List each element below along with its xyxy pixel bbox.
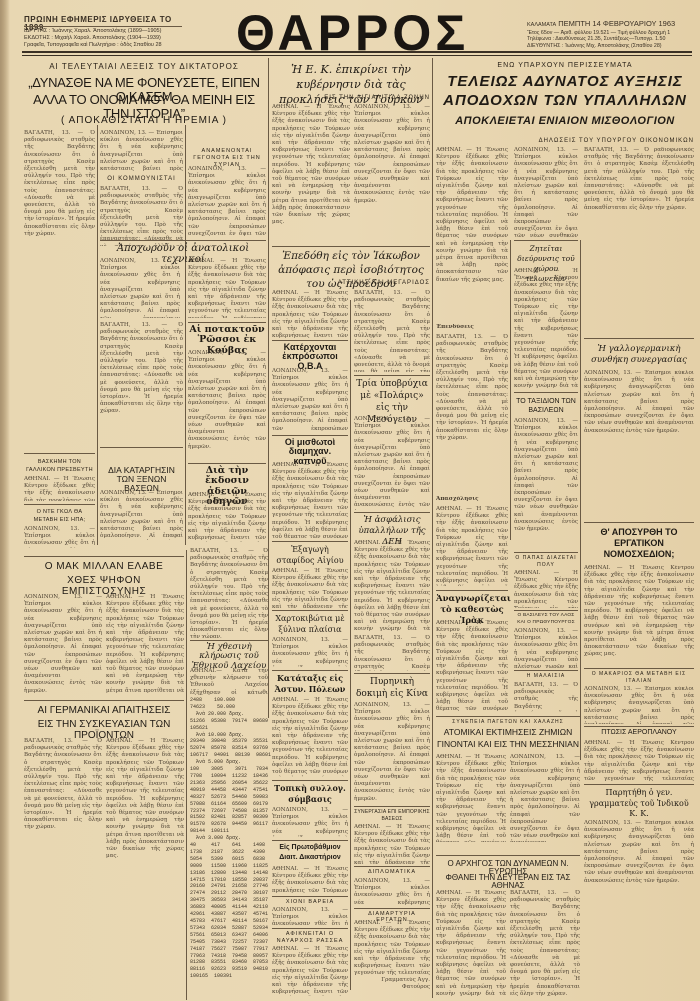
article-body-nato-2: ΒΑΓΔΑΤΗ, 13. — Ὁ ραδιοφωνικὸς σταθμὸς τῆ… — [510, 890, 580, 996]
column-divider — [350, 300, 351, 990]
divider — [354, 673, 430, 674]
headline-gaulle-usa: Ο ΝΤΕ ΓΚΩΛ ΘΑ ΜΕΤΑΒΗ ΕΙΣ ΗΠΑ; — [24, 508, 95, 524]
article-body-salaries: ΑΘΗΝΑΙ. — Ἡ Ἕνωσις Κέντρου ἐξέδωκε χθὲς … — [436, 147, 508, 322]
divider — [272, 435, 348, 436]
article-body-workers-protest: ΑΘΗΝΑΙ. — Ἡ Ἕνωσις Κέντρου ἐξέδωκε χθὲς … — [354, 920, 430, 975]
subhead-iakovos: ΑΤΤΙΚΗΣ ΚΑΙ ΜΕΓΑΡΙΔΟΣ — [272, 280, 430, 286]
divider — [190, 640, 268, 641]
article-body-salaries-3: ΒΑΓΔΑΤΗ, 13. — Ὁ ραδιοφωνικὸς σταθμὸς τῆ… — [584, 147, 694, 332]
headline-plane: ΠΤΩΣΙΣ ΑΕΡΟΠΛΑΝΟΥ — [584, 729, 694, 736]
newspaper-page: ΠΡΩΙΝΗ ΕΦΗΜΕΡΙΣ ΙΔΡΥΘΕΙΣΑ ΤΟ 1899 ΙΔΡΥΤΗ… — [0, 0, 700, 1001]
headline-labor-bill: Θ' ΑΠΟΣΥΡΘΗ ΤΟ ΕΡΓΑΤΙΚΟΝ ΝΟΜΟΣΧΕΔΙΟΝ; — [584, 527, 694, 560]
article-body-plane: ΑΘΗΝΑΙ. — Ἡ Ἕνωσις Κέντρου ἐξέδωκε χθὲς … — [584, 740, 694, 782]
divider — [188, 322, 266, 323]
article-body-diplomatic: ΛΟΝΔΙΝΟΝ, 13. — Ἐπίσημοι κύκλοι ἀνεκοίνω… — [354, 878, 430, 906]
masthead-info: Ἔτος 65ον — Ἀριθ. φύλλου 19.521 — Τιμὴ φ… — [527, 30, 697, 49]
divider — [436, 716, 580, 717]
headline-franco-german: Ἡ γαλλογερμανικὴ συνθήκη συνεργασίας — [584, 344, 694, 366]
divider — [584, 338, 694, 339]
kicker-damages: ΣΥΝΕΠΕΙΑ ΠΑΓΕΤΩΝ ΚΑΙ ΧΑΛΑΖΗΣ — [436, 719, 580, 725]
divider — [100, 240, 266, 241]
headline-damages-2: ΓΙΝΟΝΤΑΙ ΚΑΙ ΕΙΣ ΤΗΝ ΜΕΣΣΗΝΙΑΝ — [436, 740, 580, 749]
divider — [514, 552, 578, 553]
article-body-snow: ΛΟΝΔΙΝΟΝ, 13. — Ἐπίσημοι κύκλοι ἀνεκοίνω… — [272, 907, 348, 925]
section-employment: Ἀπασχόλησις — [436, 496, 508, 504]
lottery-row: 30475 30593 34143 35187 — [190, 897, 272, 904]
divider — [272, 340, 348, 341]
divider — [24, 504, 95, 505]
divider — [272, 896, 348, 897]
article-body-iakovos: ΑΘΗΝΑΙ. — Ἡ Ἕνωσις Κέντρου ἐξέδωκε χθὲς … — [272, 290, 348, 338]
headline-diplomatic: ΔΙΠΛΩΜΑΤΙΚΑ — [354, 869, 430, 875]
divider — [272, 541, 348, 542]
lottery-row: 40919 44458 43447 47541 — [190, 787, 272, 794]
divider — [272, 610, 348, 611]
lottery-row: 75405 73843 72257 72307 — [190, 939, 272, 946]
founder-line: ΙΔΡΥΤΗΣ : Ἰωάννης Χαραλ. Ἀποστολάκης (18… — [24, 28, 184, 35]
lottery-row: 9009 11500 11960 11825 — [190, 863, 272, 870]
article-body-damages-2: ΛΟΝΔΙΝΟΝ, 13. — Ἐπίσημοι κύκλοι ἀνεκοίνω… — [510, 754, 580, 842]
lottery-row: 105621 — [190, 725, 272, 732]
article-body-labor-bill: ΑΘΗΝΑΙ. — Ἡ Ἕνωσις Κέντρου ἐξέδωκε χθὲς … — [584, 565, 694, 665]
lottery-row: 29340 39848 35379 35531 — [190, 738, 272, 745]
headline-pope: Ο ΠΑΠΑΣ ΔΙΑΖΕΤΑΙ ΠΟΛΥ — [514, 555, 578, 568]
article-body-kassem-2: ΛΟΝΔΙΝΟΝ, 13. — Ἐπίσημοι κύκλοι ἀνεκοίνω… — [100, 130, 183, 172]
article-body-iraq: ΑΘΗΝΑΙ. — Ἡ Ἕνωσις Κέντρου ἐξέδωκε χθὲς … — [436, 620, 508, 712]
headline-salaries-2: ΑΠΟΔΟΧΩΝ ΤΩΝ ΥΠΑΛΛΗΛΩΝ — [436, 93, 694, 109]
lottery-row: 100 3005 3971 7034 — [190, 766, 272, 773]
article-body-nato: ΑΘΗΝΑΙ. — Ἡ Ἕνωσις Κέντρου ἐξέδωκε χθὲς … — [436, 890, 506, 996]
section-investments: Ἐπενδύσεις — [436, 324, 508, 332]
lottery-group-label: Ἀνὰ 20.000 δραχ. — [190, 711, 272, 718]
lottery-row: 52074 85078 83514 93769 — [190, 745, 272, 752]
article-body-police: ΑΘΗΝΑΙ. — Ἡ Ἕνωσις Κέντρου ἐξέδωκε χθὲς … — [272, 697, 348, 777]
director-line: ΔΙΕΥΘΥΝΤΗΣ : Ἰωάννης Μιχ. Ἀποστολάκης (Σ… — [527, 43, 697, 49]
subhead-salaries: ΔΗΛΩΣΕΙΣ ΤΟΥ ΥΠΟΥΡΓΟΥ ΟΙΚΟΝΟΜΙΚΩΝ — [436, 138, 694, 144]
headline-malaysia: Η ΜΑΛΑΙΣΙΑ — [514, 673, 578, 679]
divider — [272, 840, 348, 841]
divider — [24, 26, 182, 27]
divider — [436, 590, 508, 591]
subhead-kassem: ( ΑΠΟΚΑΘΙΣΤΑΤΑΙ Η ΗΡΕΜΙΑ ) — [22, 116, 266, 127]
headline-admiral: ΑΦΙΚΝΕΙΤΑΙ Ο ΝΑΥΑΡΧΟΣ ΡΑΣΣΕΑ — [272, 931, 348, 945]
divider — [514, 670, 578, 671]
divider — [514, 240, 578, 241]
divider — [514, 610, 578, 611]
article-body-german: ΒΑΓΔΑΤΗ, 13. — Ὁ ραδιοφωνικὸς σταθμὸς τῆ… — [24, 738, 102, 996]
lottery-row: 48327 52673 54460 59983 — [190, 794, 272, 801]
column-divider — [186, 550, 187, 1000]
lottery-row: 77963 74318 79458 80957 — [190, 953, 272, 960]
lottery-row: 57088 61164 65609 69179 — [190, 801, 272, 808]
lottery-row: 74187 75627 75987 77917 — [190, 946, 272, 953]
headline-snow: ΧΙΟΝΙ ΒΑΡΕΙΑ — [272, 899, 348, 905]
article-body-cubans: ΛΟΝΔΙΝΟΝ, 13. — Ἐπίσημοι κύκλοι ἀνεκοίνω… — [188, 350, 266, 460]
divider — [188, 463, 266, 464]
masthead-date-line: ΚΑΛΑΜΑΤΑ ΠΕΜΠΤΗ 14 ΦΕΒΡΟΥΑΡΙΟΥ 1963 — [527, 20, 697, 30]
lottery-group-label: Ἀνὰ 10.000 δραχ. — [190, 732, 272, 739]
headline-bases: ΔΙΑ ΚΑΤΑΡΓΗΣΙΝ ΤΩΝ ΞΕΝΩΝ ΒΑΣΕΩΝ — [100, 466, 183, 493]
headline-raisins: Ἐξαγωγὴ σταφίδος Αἰγίου — [272, 544, 348, 566]
article-body-gaulle: ΑΘΗΝΑΙ. — Ἡ Ἕνωσις Κέντρου ἐξέδωκε χθὲς … — [24, 476, 95, 501]
lottery-row: 42961 43887 43507 45741 — [190, 911, 272, 918]
column-divider — [268, 58, 269, 718]
subhead-ek: ΕΙΣ ΤΗΝ ΑΙΓΙΑΛΙΤΙΔΑ ΖΩΝΗΝ — [272, 95, 430, 101]
article-body-franco-german: ΛΟΝΔΙΝΟΝ, 13. — Ἐπίσημοι κύκλοι ἀνεκοίνω… — [584, 370, 694, 520]
headline-collective: Τοπικὴ συλλογ. σύμβασις — [272, 783, 348, 805]
headline-salaries-3: ΑΠΟΚΛΕΙΕΤΑΙ ΕΝΙΑΙΟΝ ΜΙΣΘΟΛΟΓΙΟΝ — [436, 116, 694, 128]
lottery-row: 5054 5399 6015 6838 — [190, 856, 272, 863]
lottery-row: 21363 25956 26054 35622 — [190, 780, 272, 787]
lottery-row: 57561 65013 63437 64006 — [190, 932, 272, 939]
divider — [24, 453, 95, 454]
section-communists: ΟΙ ΚΟΜΜΟΥΝΙΣΤΑΙ — [100, 176, 183, 182]
article-body-customs: ΑΘΗΝΑΙ. — Ἡ Ἕνωσις Κέντρου ἐξέδωκε χθὲς … — [514, 268, 578, 388]
article-body-misc-mid: ΒΑΓΔΑΤΗ, 13. — Ὁ ραδιοφωνικὸς σταθμὸς τῆ… — [354, 635, 430, 671]
divider — [354, 375, 430, 376]
divider — [514, 392, 578, 393]
divider — [272, 670, 348, 671]
article-body-china: ΛΟΝΔΙΝΟΝ, 13. — Ἐπίσημοι κύκλοι ἀνεκοίνω… — [354, 702, 430, 802]
signature-workers: Γραμματεὺς Ἀγγ. Φατούρος — [380, 977, 430, 993]
article-body-damages: ΑΘΗΝΑΙ. — Ἡ Ἕνωσις Κέντρου ἐξέδωκε χθὲς … — [436, 754, 506, 842]
lottery-row: 1738 2187 3622 4390 — [190, 849, 272, 856]
lottery-group-label: Ἀνὰ 5.000 δραχ. — [190, 759, 272, 766]
lottery-row: 20160 24791 21658 27746 — [190, 883, 272, 890]
lottery-row: 51266 95308 79174 89689 — [190, 718, 272, 725]
divider — [584, 668, 694, 669]
lottery-row: 2488 100.000 — [190, 697, 272, 704]
headline-kings-trip: ΤΟ ΤΑΞΙΔΙΟΝ ΤΩΝ ΒΑΣΙΛΕΩΝ — [514, 397, 578, 415]
kicker-salaries: ΕΝΩ ΥΠΑΡΧΟΥΝ ΠΕΡΙΣΣΕΥΜΑΤΑ — [436, 62, 694, 69]
article-body-cooperation: ΑΘΗΝΑΙ. — Ἡ Ἕνωσις Κέντρου ἐξέδωκε χθὲς … — [354, 824, 430, 864]
masthead-city: ΚΑΛΑΜΑΤΑ — [527, 22, 556, 28]
article-body-raisins: ΑΘΗΝΑΙ. — Ἡ Ἕνωσις Κέντρου ἐξέδωκε χθὲς … — [272, 568, 348, 608]
article-body-ek: ΑΘΗΝΑΙ. — Ἡ Ἕνωσις Κέντρου ἐξέδωκε χθὲς … — [272, 104, 350, 244]
lottery-numbers: 2488 100.00074623 50.000 Ἀνὰ 20.000 δραχ… — [190, 697, 272, 980]
lottery-row: 45783 47617 48114 50167 — [190, 918, 272, 925]
lottery-row: 81288 83551 83460 87053 — [190, 959, 272, 966]
headline-china: Πυρηνικὴ δοκιμὴ εἰς Κίνα — [354, 676, 430, 700]
divider — [354, 866, 430, 867]
masthead-date: ΠΕΜΠΤΗ 14 ΦΕΒΡΟΥΑΡΙΟΥ 1963 — [558, 19, 675, 28]
divider — [584, 784, 694, 785]
headline-salaries-1: ΤΕΛΕΙΩΣ ΑΔΥΝΑΤΟΣ ΑΥΞΗΣΙΣ — [436, 74, 694, 90]
lottery-row: 72374 72697 74508 81357 — [190, 808, 272, 815]
lottery-row: 57343 62034 52887 52934 — [190, 925, 272, 932]
article-body-admiral: ΑΘΗΝΑΙ. — Ἡ Ἕνωσις Κέντρου ἐξέδωκε χθὲς … — [272, 946, 348, 996]
masthead-rule — [22, 51, 692, 53]
divider — [272, 928, 348, 929]
page-edge-shadow — [0, 0, 10, 1001]
headline-police: Κατάταξις εἰς Ἀστυν. Πόλεων — [272, 673, 348, 695]
divider — [436, 855, 580, 856]
headline-damages-1: ΑΤΟΜΙΚΑΙ ΕΚΤΙΜΗΣΕΙΣ ΖΗΜΙΩΝ — [436, 728, 580, 737]
article-body-investments: ΒΑΓΔΑΤΗ, 13. — Ὁ ραδιοφωνικὸς σταθμὸς τῆ… — [436, 334, 508, 494]
masthead-founders: ΙΔΡΥΤΗΣ : Ἰωάννης Χαραλ. Ἀποστολάκης (18… — [24, 28, 184, 48]
article-body-court: ΑΘΗΝΑΙ. — Ἡ Ἕνωσις Κέντρου ἐξέδωκε χθὲς … — [272, 866, 348, 894]
headline-cooperation: ΣΥΝΕΡΓΑΣΙΑ ΕΠΙ ΕΜΠΟΡΙΚΗΣ ΒΑΣΕΩΣ — [354, 809, 430, 823]
masthead-rule-thin — [22, 55, 692, 56]
article-body-gaulle-usa: ΛΟΝΔΙΝΟΝ, 13. — Ἐπίσημοι κύκλοι ἀνεκοίνω… — [24, 526, 95, 548]
article-body-technicians-2: ΑΘΗΝΑΙ. — Ἡ Ἕνωσις Κέντρου ἐξέδωκε χθὲς … — [188, 258, 266, 318]
article-body-makarios: ΛΟΝΔΙΝΟΝ, 13. — Ἐπίσημοι κύκλοι ἀνεκοίνω… — [584, 686, 694, 724]
lottery-row: 81502 82481 82857 90309 — [190, 814, 272, 821]
article-body-dei: ΑΘΗΝΑΙ. — Ἡ Ἕνωσις Κέντρου ἐξέδωκε χθὲς … — [354, 540, 430, 632]
article-body-boxes: ΛΟΝΔΙΝΟΝ, 13. — Ἐπίσημοι κύκλοι ἀνεκοίνω… — [272, 637, 348, 667]
article-body-syria: ΛΟΝΔΙΝΟΝ, 13. — Ἐπίσημοι κύκλοι ἀνεκοίνω… — [188, 166, 266, 236]
divider — [272, 246, 430, 247]
headline-lottery: Ἡ χθεσινὴ κλήρωσις τοῦ Ἐθνικοῦ Λαχείου — [190, 643, 268, 671]
column-divider — [510, 240, 511, 540]
headline-court: Εἰς Πρωτοβάθμιον Διαιτ. Δικαστήριον — [272, 843, 348, 863]
article-body-indian: ΛΟΝΔΙΝΟΝ, 13. — Ἐπίσημοι κύκλοι ἀνεκοίνω… — [584, 820, 694, 995]
column-divider — [97, 125, 98, 545]
lottery-row: 36883 40005 41144 42110 — [190, 904, 272, 911]
column-divider — [185, 125, 186, 545]
divider — [24, 556, 184, 557]
article-body-malaysia: ΒΑΓΔΑΤΗ, 13. — Ὁ ραδιοφωνικὸς σταθμὸς τῆ… — [514, 682, 578, 712]
article-body-ek-2: ΛΟΝΔΙΝΟΝ, 13. — Ἐπίσημοι κύκλοι ἀνεκοίνω… — [354, 104, 430, 244]
article-body-technicians: ΛΟΝΔΙΝΟΝ, 13. — Ἐπίσημοι κύκλοι ἀνεκοίνω… — [100, 258, 180, 318]
column-divider — [432, 58, 433, 998]
divider — [354, 512, 430, 513]
divider — [100, 447, 183, 448]
lottery-row: 7708 10094 11232 18436 — [190, 773, 272, 780]
article-body-iakovos-2: ΒΑΓΔΑΤΗ, 13. — Ὁ ραδιοφωνικὸς σταθμὸς τῆ… — [354, 290, 430, 372]
article-body-oba: ΛΟΝΔΙΝΟΝ, 13. — Ἐπίσημοι κύκλοι ἀνεκοίνω… — [272, 368, 348, 432]
lottery-intro: ΑΘΗΝΑΙ.— Κατὰ τὴν χθεσινὴν κλήρωσιν τοῦ … — [190, 668, 268, 696]
article-body-lottery-pre: ΒΑΓΔΑΤΗ, 13. — Ὁ ραδιοφωνικὸς σταθμὸς τῆ… — [190, 548, 268, 638]
article-body-bases: ΛΟΝΔΙΝΟΝ, 13. — Ἐπίσημοι κύκλοι ἀνεκοίνω… — [100, 490, 183, 540]
publisher-line: ΕΚΔΟΤΗΣ : Μιχαὴλ Χαραλ. Ἀποστολάκης (190… — [24, 35, 184, 42]
lottery-row: 14715 17010 18550 20037 — [190, 877, 272, 884]
article-body-licenses: ΑΘΗΝΑΙ. — Ἡ Ἕνωσις Κέντρου ἐξέδωκε χθὲς … — [188, 492, 266, 542]
divider — [354, 806, 430, 807]
article-body-macmillan: ΛΟΝΔΙΝΟΝ, 13. — Ἐπίσημοι κύκλοι ἀνεκοίνω… — [24, 594, 102, 694]
lottery-row: 27474 29112 28470 30107 — [190, 890, 272, 897]
divider — [584, 522, 694, 523]
headline-german-1: ΑΙ ΓΕΡΜΑΝΙΚΑΙ ΑΠΑΙΤΗΣΕΙΣ — [24, 706, 184, 717]
divider — [584, 726, 694, 727]
article-body-laos: ΛΟΝΔΙΝΟΝ, 13. — Ἐπίσημοι κύκλοι ἀνεκοίνω… — [514, 628, 578, 668]
article-body-communists: ΒΑΓΔΑΤΗ, 13. — Ὁ ραδιοφωνικὸς σταθμὸς τῆ… — [100, 186, 183, 246]
divider — [272, 780, 348, 781]
lottery-row: 40 417 641 1498 — [190, 842, 272, 849]
lottery-row: 74623 50.000 — [190, 704, 272, 711]
article-body-polaris: ΛΟΝΔΙΝΟΝ, 13. — Ἐπίσημοι κύκλοι ἀνεκοίνω… — [354, 416, 430, 510]
divider — [354, 908, 430, 909]
article-body-salaries-2: ΛΟΝΔΙΝΟΝ, 13. — Ἐπίσημοι κύκλοι ἀνεκοίνω… — [514, 147, 578, 237]
article-body-german-2: ΑΘΗΝΑΙ. — Ἡ Ἕνωσις Κέντρου ἐξέδωκε χθὲς … — [106, 738, 184, 996]
lottery-row: 13186 12800 13448 14148 — [190, 870, 272, 877]
article-body-employment: ΑΘΗΝΑΙ. — Ἡ Ἕνωσις Κέντρου ἐξέδωκε χθὲς … — [436, 506, 508, 586]
article-body-kings-trip: ΛΟΝΔΙΝΟΝ, 13. — Ἐπίσημοι κύκλοι ἀνεκοίνω… — [514, 418, 578, 548]
article-body-pope: ΑΘΗΝΑΙ. — Ἡ Ἕνωσις Κέντρου ἐξέδωκε χθὲς … — [514, 570, 578, 608]
lottery-row: 88116 92623 93519 94810 — [190, 966, 272, 973]
headline-makarios: Ο ΜΑΚΑΡΙΟΣ ΘΑ ΜΕΤΑΒΗ ΕΙΣ ΙΤΑΛΙΑΝ — [584, 671, 694, 685]
headline-laos: Ο ΒΑΣΙΛΕΥΣ ΤΟΥ ΛΑΟΣ ΚΑΙ Ο ΠΡΩΘΥΠΟΥΡΓΟΣ — [514, 613, 578, 626]
lottery-group-label: Ἀνὰ 3.000 δραχ. — [190, 835, 272, 842]
headline-indian: Παρητήθη ὁ γεν. γραμματεὺς τοῦ Ἰνδικοῦ Κ… — [584, 788, 694, 820]
article-body-misc: ΒΑΓΔΑΤΗ, 13. — Ὁ ραδιοφωνικὸς σταθμὸς τῆ… — [100, 322, 183, 442]
headline-boxes: Χαρτοκιβώτια μὲ ξύλινα πλαίσια — [272, 613, 348, 635]
headline-nato-2: ΦΘΑΝΕΙ ΤΗΝ ΔΕΥΤΕΡΑΝ ΕΙΣ ΤΑΣ ΑΘΗΝΑΣ — [436, 874, 580, 891]
lottery-row: 91570 92678 94459 96117 — [190, 821, 272, 828]
article-body-collective: ΛΟΝΔΙΝΟΝ, 13. — Ἐπίσημοι κύκλοι ἀνεκοίνω… — [272, 807, 348, 837]
offices-line: Γραφεῖα, Τυπογραφεῖα καὶ Πωλητήριο : ὁδὸ… — [24, 42, 184, 49]
kicker-kassem: ΑΙ ΤΕΛΕΥΤΑΙΑΙ ΛΕΞΕΙΣ ΤΟΥ ΔΙΚΤΑΤΟΡΟΣ — [22, 62, 266, 71]
lottery-row: 100165 100391 — [190, 973, 272, 980]
column-divider — [580, 240, 581, 760]
article-body-macmillan-2: ΑΘΗΝΑΙ. — Ἡ Ἕνωσις Κέντρου ἐξέδωκε χθὲς … — [106, 594, 184, 694]
lottery-results: 2488 100.00074623 50.000 Ἀνὰ 20.000 δραχ… — [190, 697, 272, 997]
divider — [24, 700, 184, 701]
headline-macmillan-1: Ο ΜΑΚ ΜΙΛΛΑΝ ΕΛΑΒΕ — [24, 562, 184, 573]
article-body-salaried: ΑΘΗΝΑΙ. — Ἡ Ἕνωσις Κέντρου ἐξέδωκε χθὲς … — [272, 462, 348, 538]
headline-gaulle: ΒΑΣΚΗΜΗ ΤΟΝ ΓΑΛΛΙΚΟΝ ΠΡΕΣΒΕΥΤΗ — [24, 458, 95, 474]
masthead-title: ΘΑΡΡΟΣ — [236, 4, 468, 62]
